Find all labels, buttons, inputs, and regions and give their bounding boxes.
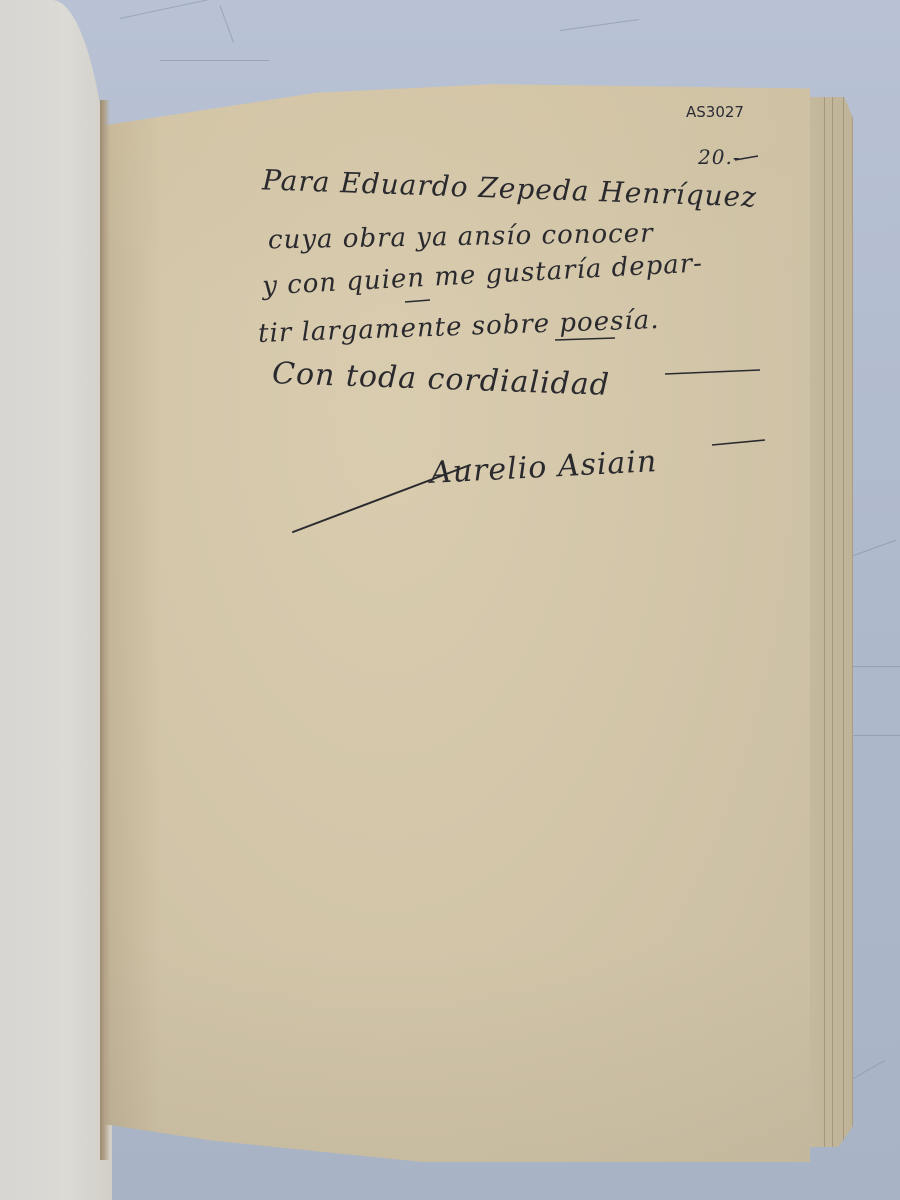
scratch-mark	[850, 1060, 885, 1081]
price-mark: 20.-	[698, 145, 741, 169]
page-edge-line	[843, 97, 844, 1147]
page-edge-line	[832, 97, 833, 1147]
catalog-mark: AS3027	[686, 103, 744, 121]
scratch-mark	[560, 19, 639, 31]
page-edge-line	[824, 97, 825, 1147]
book-gutter-shadow	[100, 100, 110, 1160]
scratch-mark	[160, 60, 270, 61]
scratch-mark	[220, 5, 235, 43]
facing-page-left	[0, 0, 112, 1200]
scratch-mark	[120, 0, 208, 19]
